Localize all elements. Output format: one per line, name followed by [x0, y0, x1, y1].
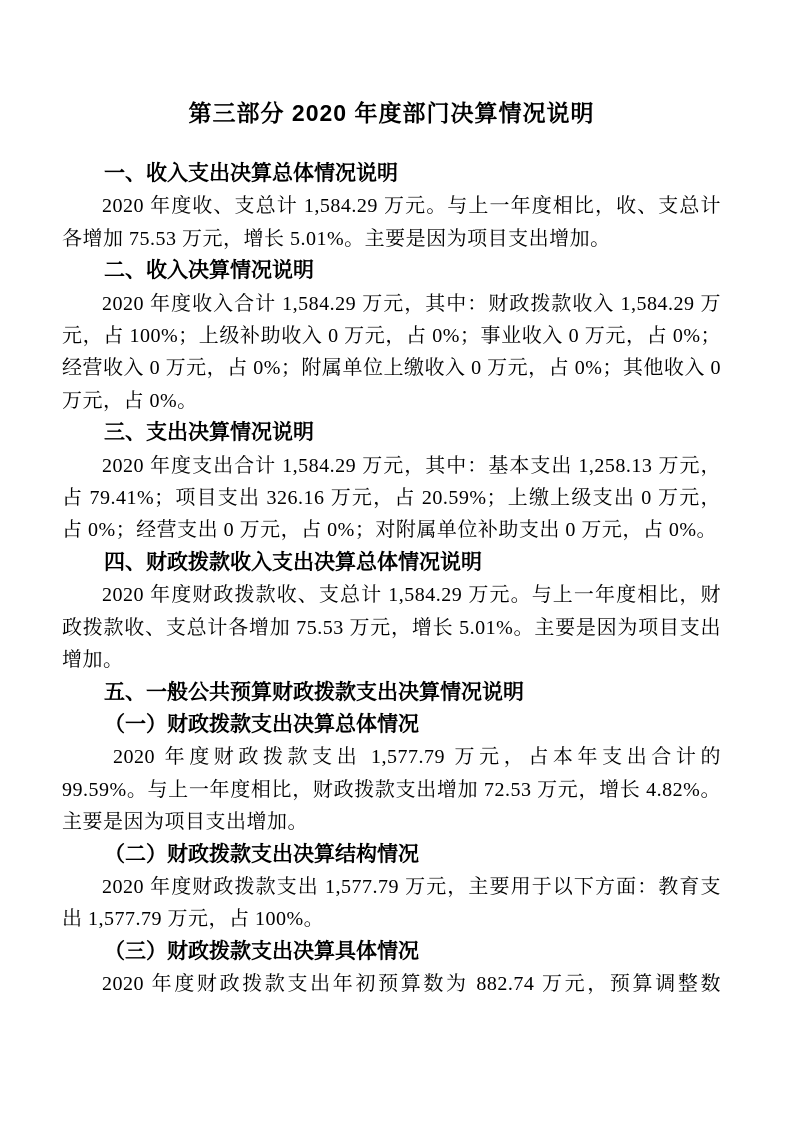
- document-page: 第三部分 2020 年度部门决算情况说明 一、收入支出决算总体情况说明 2020…: [0, 0, 793, 1122]
- section-heading-5: 五、一般公共预算财政拨款支出决算情况说明: [62, 677, 721, 709]
- section-1-paragraph: 2020 年度收、支总计 1,584.29 万元。与上一年度相比，收、支总计各增…: [62, 190, 721, 255]
- document-content: 第三部分 2020 年度部门决算情况说明 一、收入支出决算总体情况说明 2020…: [62, 96, 721, 1001]
- section-3-paragraph: 2020 年度支出合计 1,584.29 万元，其中：基本支出 1,258.13…: [62, 450, 721, 547]
- subsection-5-1-paragraph: 2020 年度财政拨款支出 1,577.79 万元，占本年支出合计的 99.59…: [62, 741, 721, 838]
- subsection-heading-5-1: （一）财政拨款支出决算总体情况: [62, 709, 721, 741]
- section-heading-4: 四、财政拨款收入支出决算总体情况说明: [62, 547, 721, 579]
- document-title: 第三部分 2020 年度部门决算情况说明: [62, 96, 721, 130]
- subsection-heading-5-3: （三）财政拨款支出决算具体情况: [62, 936, 721, 968]
- subsection-5-2-paragraph: 2020 年度财政拨款支出 1,577.79 万元，主要用于以下方面：教育支出 …: [62, 871, 721, 936]
- section-4-paragraph: 2020 年度财政拨款收、支总计 1,584.29 万元。与上一年度相比，财政拨…: [62, 579, 721, 676]
- section-heading-1: 一、收入支出决算总体情况说明: [62, 158, 721, 190]
- section-heading-3: 三、支出决算情况说明: [62, 417, 721, 449]
- subsection-heading-5-2: （二）财政拨款支出决算结构情况: [62, 839, 721, 871]
- section-2-paragraph: 2020 年度收入合计 1,584.29 万元，其中：财政拨款收入 1,584.…: [62, 288, 721, 418]
- subsection-5-3-paragraph: 2020 年度财政拨款支出年初预算数为 882.74 万元，预算调整数: [62, 968, 721, 1000]
- section-heading-2: 二、收入决算情况说明: [62, 255, 721, 287]
